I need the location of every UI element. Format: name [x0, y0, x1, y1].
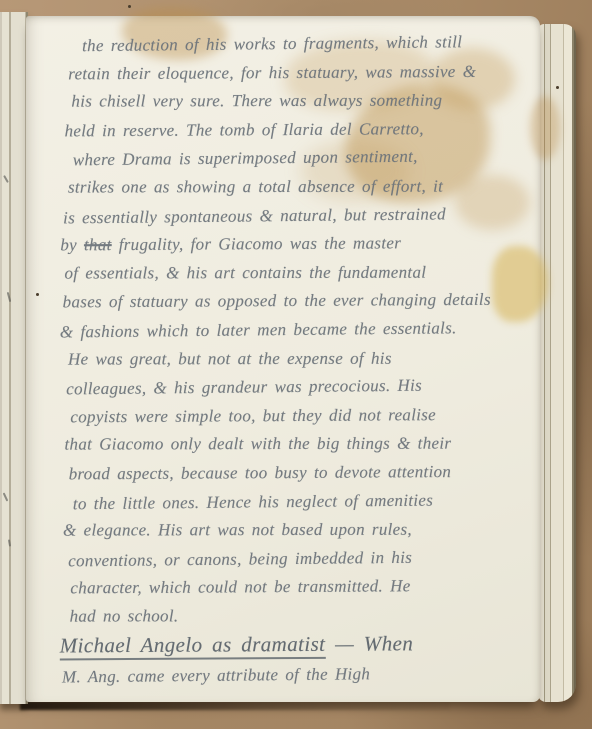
- ink-speck: [556, 86, 559, 89]
- heading-underlined-text: Michael Angelo as dramatist: [60, 632, 326, 661]
- manuscript-line: had no school.: [60, 601, 534, 631]
- page-edge-stack: [538, 24, 576, 702]
- heading-tail-text: — When: [325, 632, 413, 657]
- manuscript-line: that Giacomo only dealt with the big thi…: [58, 430, 532, 460]
- ink-speck: [128, 5, 131, 8]
- manuscript-line: colleagues, & his grandeur was precociou…: [58, 371, 532, 405]
- manuscript-line: the reduction of his works to fragments,…: [56, 28, 530, 62]
- manuscript-line: M. Ang. came every attribute of the High: [60, 659, 534, 693]
- ink-speck: [36, 293, 39, 296]
- manuscript-line: & fashions which to later men became the…: [58, 313, 532, 347]
- manuscript-line: by that frugality, for Giacomo was the m…: [57, 229, 531, 260]
- manuscript-line: He was great, but not at the expense of …: [58, 344, 532, 374]
- manuscript-line: where Drama is superimposed upon sentime…: [57, 142, 531, 176]
- manuscript-line: strikes one as showing a total absence o…: [57, 172, 531, 202]
- manuscript-line: retain their eloquence, for his statuary…: [56, 57, 530, 88]
- manuscript-text: the reduction of his works to fragments,…: [56, 29, 534, 692]
- manuscript-line: character, which could not be transmitte…: [59, 572, 533, 603]
- manuscript-line: bases of statuary as opposed to the ever…: [58, 286, 532, 317]
- line-pre-text: by: [60, 235, 84, 254]
- manuscript-line: held in reserve. The tomb of Ilaria del …: [57, 114, 531, 145]
- notebook-photo: the reduction of his works to fragments,…: [0, 0, 592, 729]
- section-heading-line: Michael Angelo as dramatist — When: [60, 629, 534, 663]
- line-post-text: frugality, for Giacomo was the master: [112, 234, 402, 255]
- manuscript-line: broad aspects, because too busy to devot…: [59, 457, 533, 488]
- manuscript-line: is essentially spontaneous & natural, bu…: [57, 199, 531, 233]
- manuscript-line: of essentials, & his art contains the fu…: [57, 258, 531, 288]
- manuscript-line: his chisell very sure. There was always …: [56, 87, 530, 117]
- manuscript-line: & elegance. His art was not based upon r…: [59, 515, 533, 545]
- struck-word: that: [84, 235, 112, 254]
- manuscript-line: to the little ones. Hence his neglect of…: [59, 485, 533, 519]
- facing-page-edge: [0, 12, 28, 704]
- manuscript-line: copyists were simple too, but they did n…: [58, 400, 532, 431]
- manuscript-line: conventions, or canons, being imbedded i…: [59, 542, 533, 576]
- bottom-shadow: [20, 701, 450, 710]
